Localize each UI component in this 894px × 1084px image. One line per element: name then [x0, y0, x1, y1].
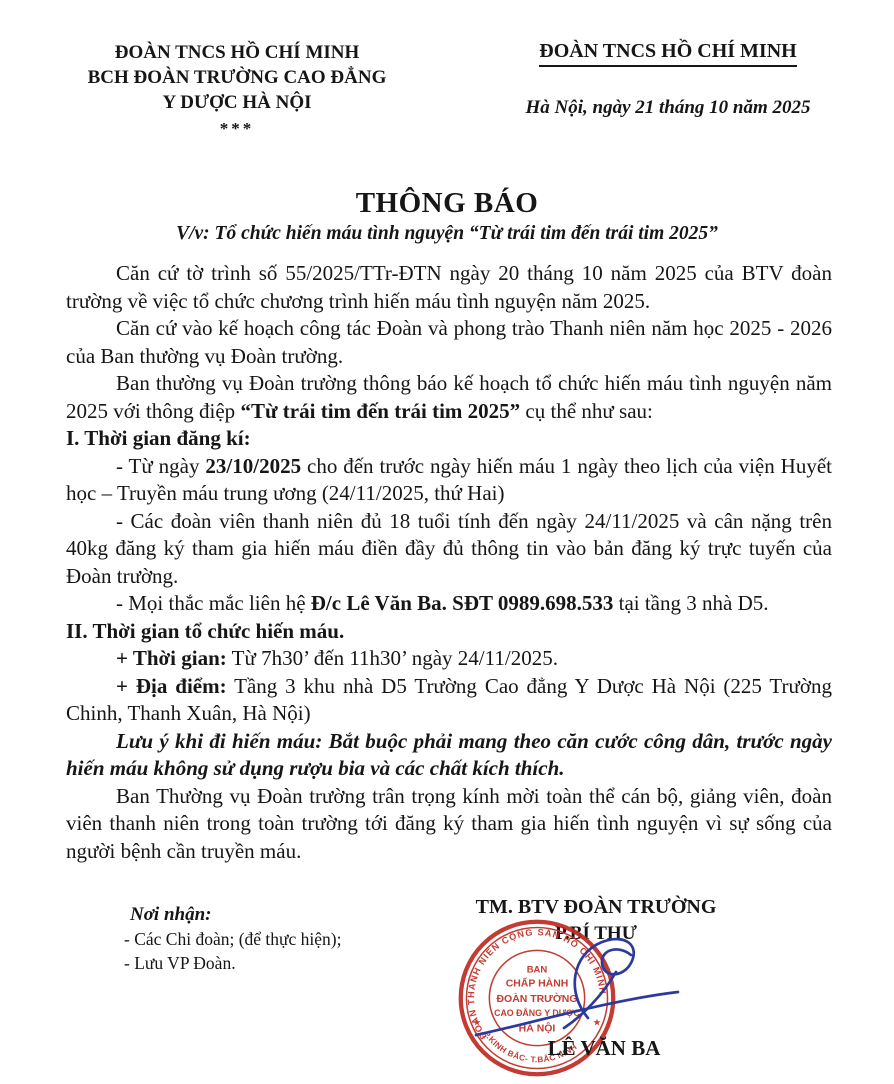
place-date-line: Hà Nội, ngày 21 tháng 10 năm 2025	[480, 97, 856, 119]
paragraph-basis-1: Căn cứ tờ trình số 55/2025/TTr-ĐTN ngày …	[66, 260, 832, 315]
text-run: tại tầng 3 nhà D5.	[613, 591, 768, 615]
org-parent-line: ĐOÀN TNCS HỒ CHÍ MINH	[72, 40, 402, 65]
paragraph-register-time: - Từ ngày 23/10/2025 cho đến trước ngày …	[66, 453, 832, 508]
signature-stroke	[564, 972, 616, 1028]
recipients-label: Nơi nhận:	[130, 903, 341, 927]
announcement-document: ĐOÀN TNCS HỒ CHÍ MINH BCH ĐOÀN TRƯỜNG CA…	[0, 0, 894, 1084]
org-name-line-1: BCH ĐOÀN TRƯỜNG CAO ĐẲNG	[72, 65, 402, 90]
org-title-underlined: ĐOÀN TNCS HỒ CHÍ MINH	[539, 40, 796, 67]
issuing-org-block: ĐOÀN TNCS HỒ CHÍ MINH BCH ĐOÀN TRƯỜNG CA…	[72, 40, 402, 141]
text-run: - Mọi thắc mắc liên hệ	[116, 591, 311, 615]
paragraph-announce: Ban thường vụ Đoàn trường thông báo kế h…	[66, 370, 832, 425]
signature-authority: TM. BTV ĐOÀN TRƯỜNG	[440, 896, 752, 919]
section-1-heading: I. Thời gian đăng kí:	[66, 425, 832, 453]
paragraph-event-time: + Thời gian: Từ 7h30’ đến 11h30’ ngày 24…	[66, 645, 832, 673]
doc-subject: V/v: Tổ chức hiến máu tình nguyện “Từ tr…	[0, 223, 894, 245]
paragraph-eligibility: - Các đoàn viên thanh niên đủ 18 tuổi tí…	[66, 508, 832, 591]
paragraph-event-place: + Địa điểm: Tầng 3 khu nhà D5 Trường Cao…	[66, 673, 832, 728]
text-run: Từ 7h30’ đến 11h30’ ngày 24/11/2025.	[227, 646, 558, 670]
recipient-item: - Các Chi đoàn; (để thực hiện);	[124, 927, 341, 951]
doc-title: THÔNG BÁO	[0, 187, 894, 220]
text-run: - Từ ngày	[116, 454, 205, 478]
bold-run-contact: Đ/c Lê Văn Ba. SĐT 0989.698.533	[311, 591, 614, 615]
bold-run-label: + Địa điểm:	[116, 674, 227, 698]
bold-run-date: 23/10/2025	[205, 454, 301, 478]
national-header-block: ĐOÀN TNCS HỒ CHÍ MINH Hà Nội, ngày 21 th…	[480, 40, 856, 141]
paragraph-note: Lưu ý khi đi hiến máu: Bắt buộc phải man…	[66, 728, 832, 783]
signer-name: LÊ VĂN BA	[448, 1036, 760, 1061]
recipient-item: - Lưu VP Đoàn.	[124, 951, 341, 975]
org-name-line-2: Y DƯỢC HÀ NỘI	[72, 90, 402, 115]
bold-run-label: + Thời gian:	[116, 646, 227, 670]
paragraph-basis-2: Căn cứ vào kế hoạch công tác Đoàn và pho…	[66, 315, 832, 370]
document-header: ĐOÀN TNCS HỒ CHÍ MINH BCH ĐOÀN TRƯỜNG CA…	[0, 0, 894, 141]
paragraph-closing: Ban Thường vụ Đoàn trường trân trọng kín…	[66, 783, 832, 866]
recipients-block: Nơi nhận: - Các Chi đoàn; (để thực hiện)…	[124, 903, 341, 975]
handwritten-signature	[470, 932, 698, 1044]
bold-run-slogan: “Từ trái tim đến trái tim 2025”	[240, 399, 520, 423]
stars-separator: ***	[72, 116, 402, 141]
paragraph-contact: - Mọi thắc mắc liên hệ Đ/c Lê Văn Ba. SĐ…	[66, 590, 832, 618]
section-2-heading: II. Thời gian tổ chức hiến máu.	[66, 618, 832, 646]
doc-body: Căn cứ tờ trình số 55/2025/TTr-ĐTN ngày …	[0, 245, 894, 865]
text-run: cụ thể như sau:	[520, 399, 653, 423]
